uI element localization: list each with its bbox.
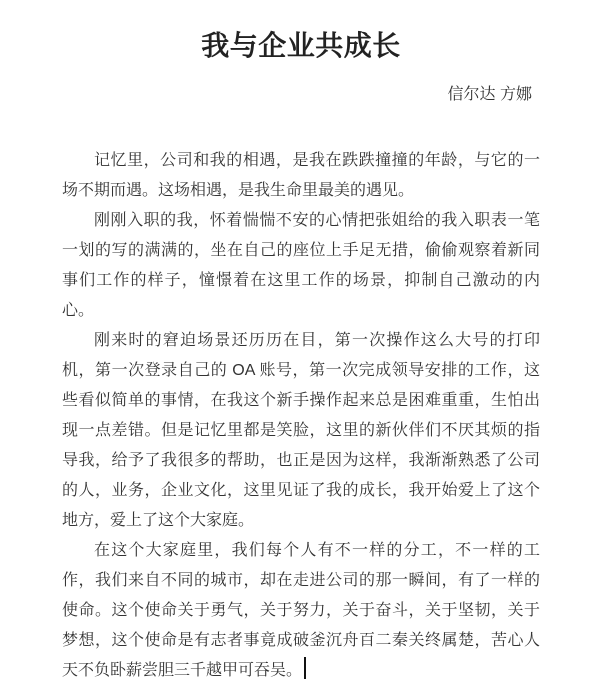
- paragraph-2-text: 刚刚入职的我，怀着惴惴不安的心情把张姐给的我入职表一笔一划的写的满满的，坐在自己…: [62, 212, 540, 319]
- document-author-line[interactable]: 信尔达 方娜: [62, 84, 540, 106]
- paragraph-4-text: 在这个大家庭里，我们每个人有不一样的分工，不一样的工作，我们来自不同的城市，却在…: [62, 542, 540, 679]
- document-title[interactable]: 我与企业共成长: [62, 26, 540, 66]
- paragraph-1[interactable]: 记忆里，公司和我的相遇，是我在跌跌撞撞的年龄，与它的一场不期而遇。这场相遇，是我…: [62, 146, 540, 206]
- paragraph-3-text: 刚来时的窘迫场景还历历在目，第一次操作这么大号的打印机，第一次登录自己的 OA …: [62, 332, 540, 529]
- text-caret: [304, 657, 306, 679]
- paragraph-4[interactable]: 在这个大家庭里，我们每个人有不一样的分工，不一样的工作，我们来自不同的城市，却在…: [62, 536, 540, 686]
- paragraph-2[interactable]: 刚刚入职的我，怀着惴惴不安的心情把张姐给的我入职表一笔一划的写的满满的，坐在自己…: [62, 206, 540, 326]
- paragraph-3[interactable]: 刚来时的窘迫场景还历历在目，第一次操作这么大号的打印机，第一次登录自己的 OA …: [62, 326, 540, 536]
- document-body-text-area[interactable]: 记忆里，公司和我的相遇，是我在跌跌撞撞的年龄，与它的一场不期而遇。这场相遇，是我…: [62, 146, 540, 686]
- document-page: 我与企业共成长 信尔达 方娜 记忆里，公司和我的相遇，是我在跌跌撞撞的年龄，与它…: [0, 0, 600, 700]
- paragraph-1-text: 记忆里，公司和我的相遇，是我在跌跌撞撞的年龄，与它的一场不期而遇。这场相遇，是我…: [62, 152, 540, 199]
